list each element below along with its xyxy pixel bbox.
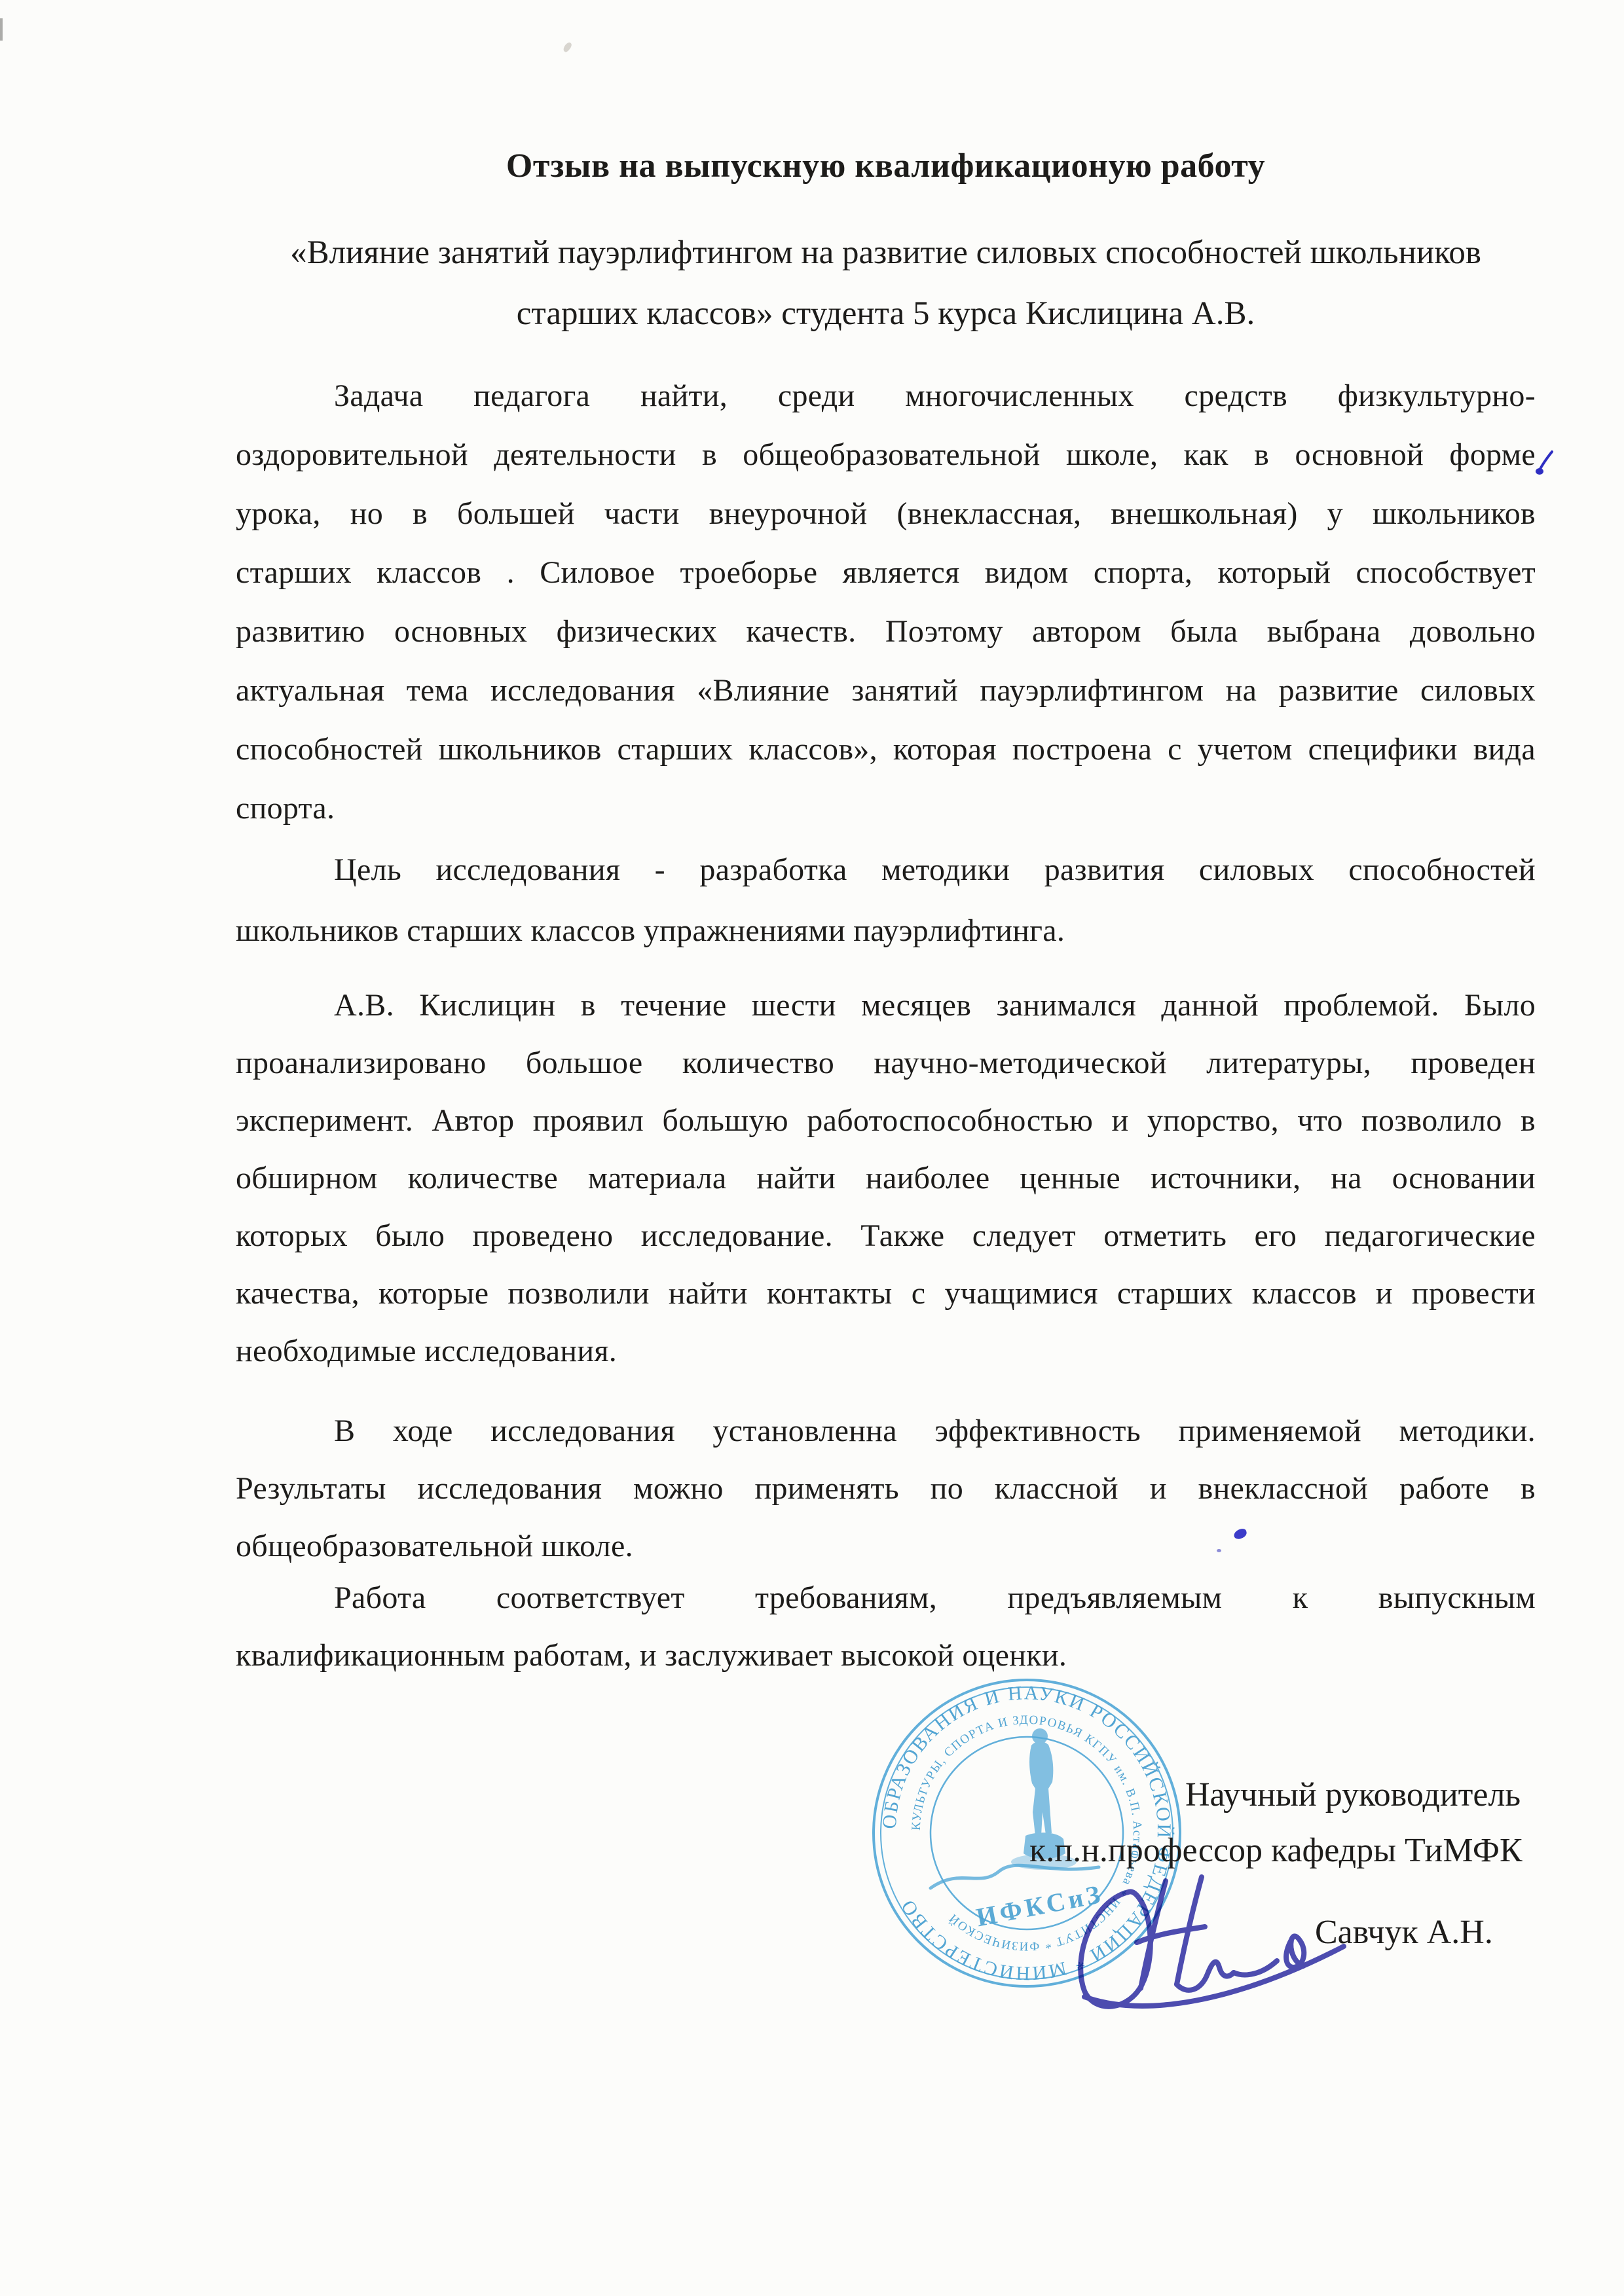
text-line: необходимые исследования. [236, 1322, 1536, 1380]
text-line: школьников старших классов упражнениями … [236, 900, 1536, 961]
text-line: которых было проведено исследование. Так… [236, 1207, 1536, 1265]
document-subtitle: «Влияние занятий пауэрлифтингом на разви… [236, 223, 1536, 344]
text-line: Результаты исследования можно применять … [236, 1460, 1536, 1518]
text-line: проанализировано большое количество науч… [236, 1034, 1536, 1092]
pen-comma-mark [1535, 449, 1555, 479]
subtitle-line: старших классов» студента 5 курса Кислиц… [236, 283, 1536, 344]
paragraph-1: Задача педагога найти, среди многочислен… [236, 367, 1536, 838]
text-line: В ходе исследования установленна эффекти… [236, 1402, 1536, 1460]
scanner-edge-artifact [0, 18, 3, 41]
paragraph-2: Цель исследования - разработка методики … [236, 839, 1536, 961]
supervisor-role-label: Научный руководитель [1185, 1776, 1521, 1814]
text-line: урока, но в большей части внеурочной (вн… [236, 484, 1536, 543]
paragraph-5: Работа соответствует требованиям, предъя… [236, 1569, 1536, 1685]
text-line: развитию основных физических качеств. По… [236, 602, 1536, 661]
text-line: способностей школьников старших классов»… [236, 720, 1536, 779]
text-line: оздоровительной деятельности в общеобраз… [236, 426, 1536, 484]
supervisor-name-label: Савчук А.Н. [1315, 1913, 1493, 1952]
text-line: эксперимент. Автор проявил большую работ… [236, 1092, 1536, 1150]
scanned-document-page: Отзыв на выпускную квалификационую работ… [0, 0, 1624, 2296]
text-line: качества, которые позволили найти контак… [236, 1265, 1536, 1322]
subtitle-line: «Влияние занятий пауэрлифтингом на разви… [236, 223, 1536, 283]
text-line: Цель исследования - разработка методики … [236, 839, 1536, 900]
text-line: старших классов . Силовое троеборье явля… [236, 543, 1536, 602]
ink-speck [1217, 1549, 1221, 1552]
text-line: А.В. Кислицин в течение шести месяцев за… [236, 977, 1536, 1034]
text-line: общеобразовательной школе. [236, 1518, 1536, 1575]
text-line: актуальная тема исследования «Влияние за… [236, 661, 1536, 720]
text-line: спорта. [236, 779, 1536, 838]
text-line: обширном количестве материала найти наиб… [236, 1150, 1536, 1207]
document-title: Отзыв на выпускную квалификационую работ… [236, 147, 1536, 185]
text-line: Задача педагога найти, среди многочислен… [236, 367, 1536, 426]
dust-speck [562, 41, 573, 53]
paragraph-3: А.В. Кислицин в течение шести месяцев за… [236, 977, 1536, 1380]
supervisor-position-label: к.п.н.профессор кафедры ТиМФК [1029, 1831, 1522, 1870]
handwritten-signature [1066, 1863, 1354, 2026]
text-line: Работа соответствует требованиям, предъя… [236, 1569, 1536, 1627]
paragraph-4: В ходе исследования установленна эффекти… [236, 1402, 1536, 1575]
